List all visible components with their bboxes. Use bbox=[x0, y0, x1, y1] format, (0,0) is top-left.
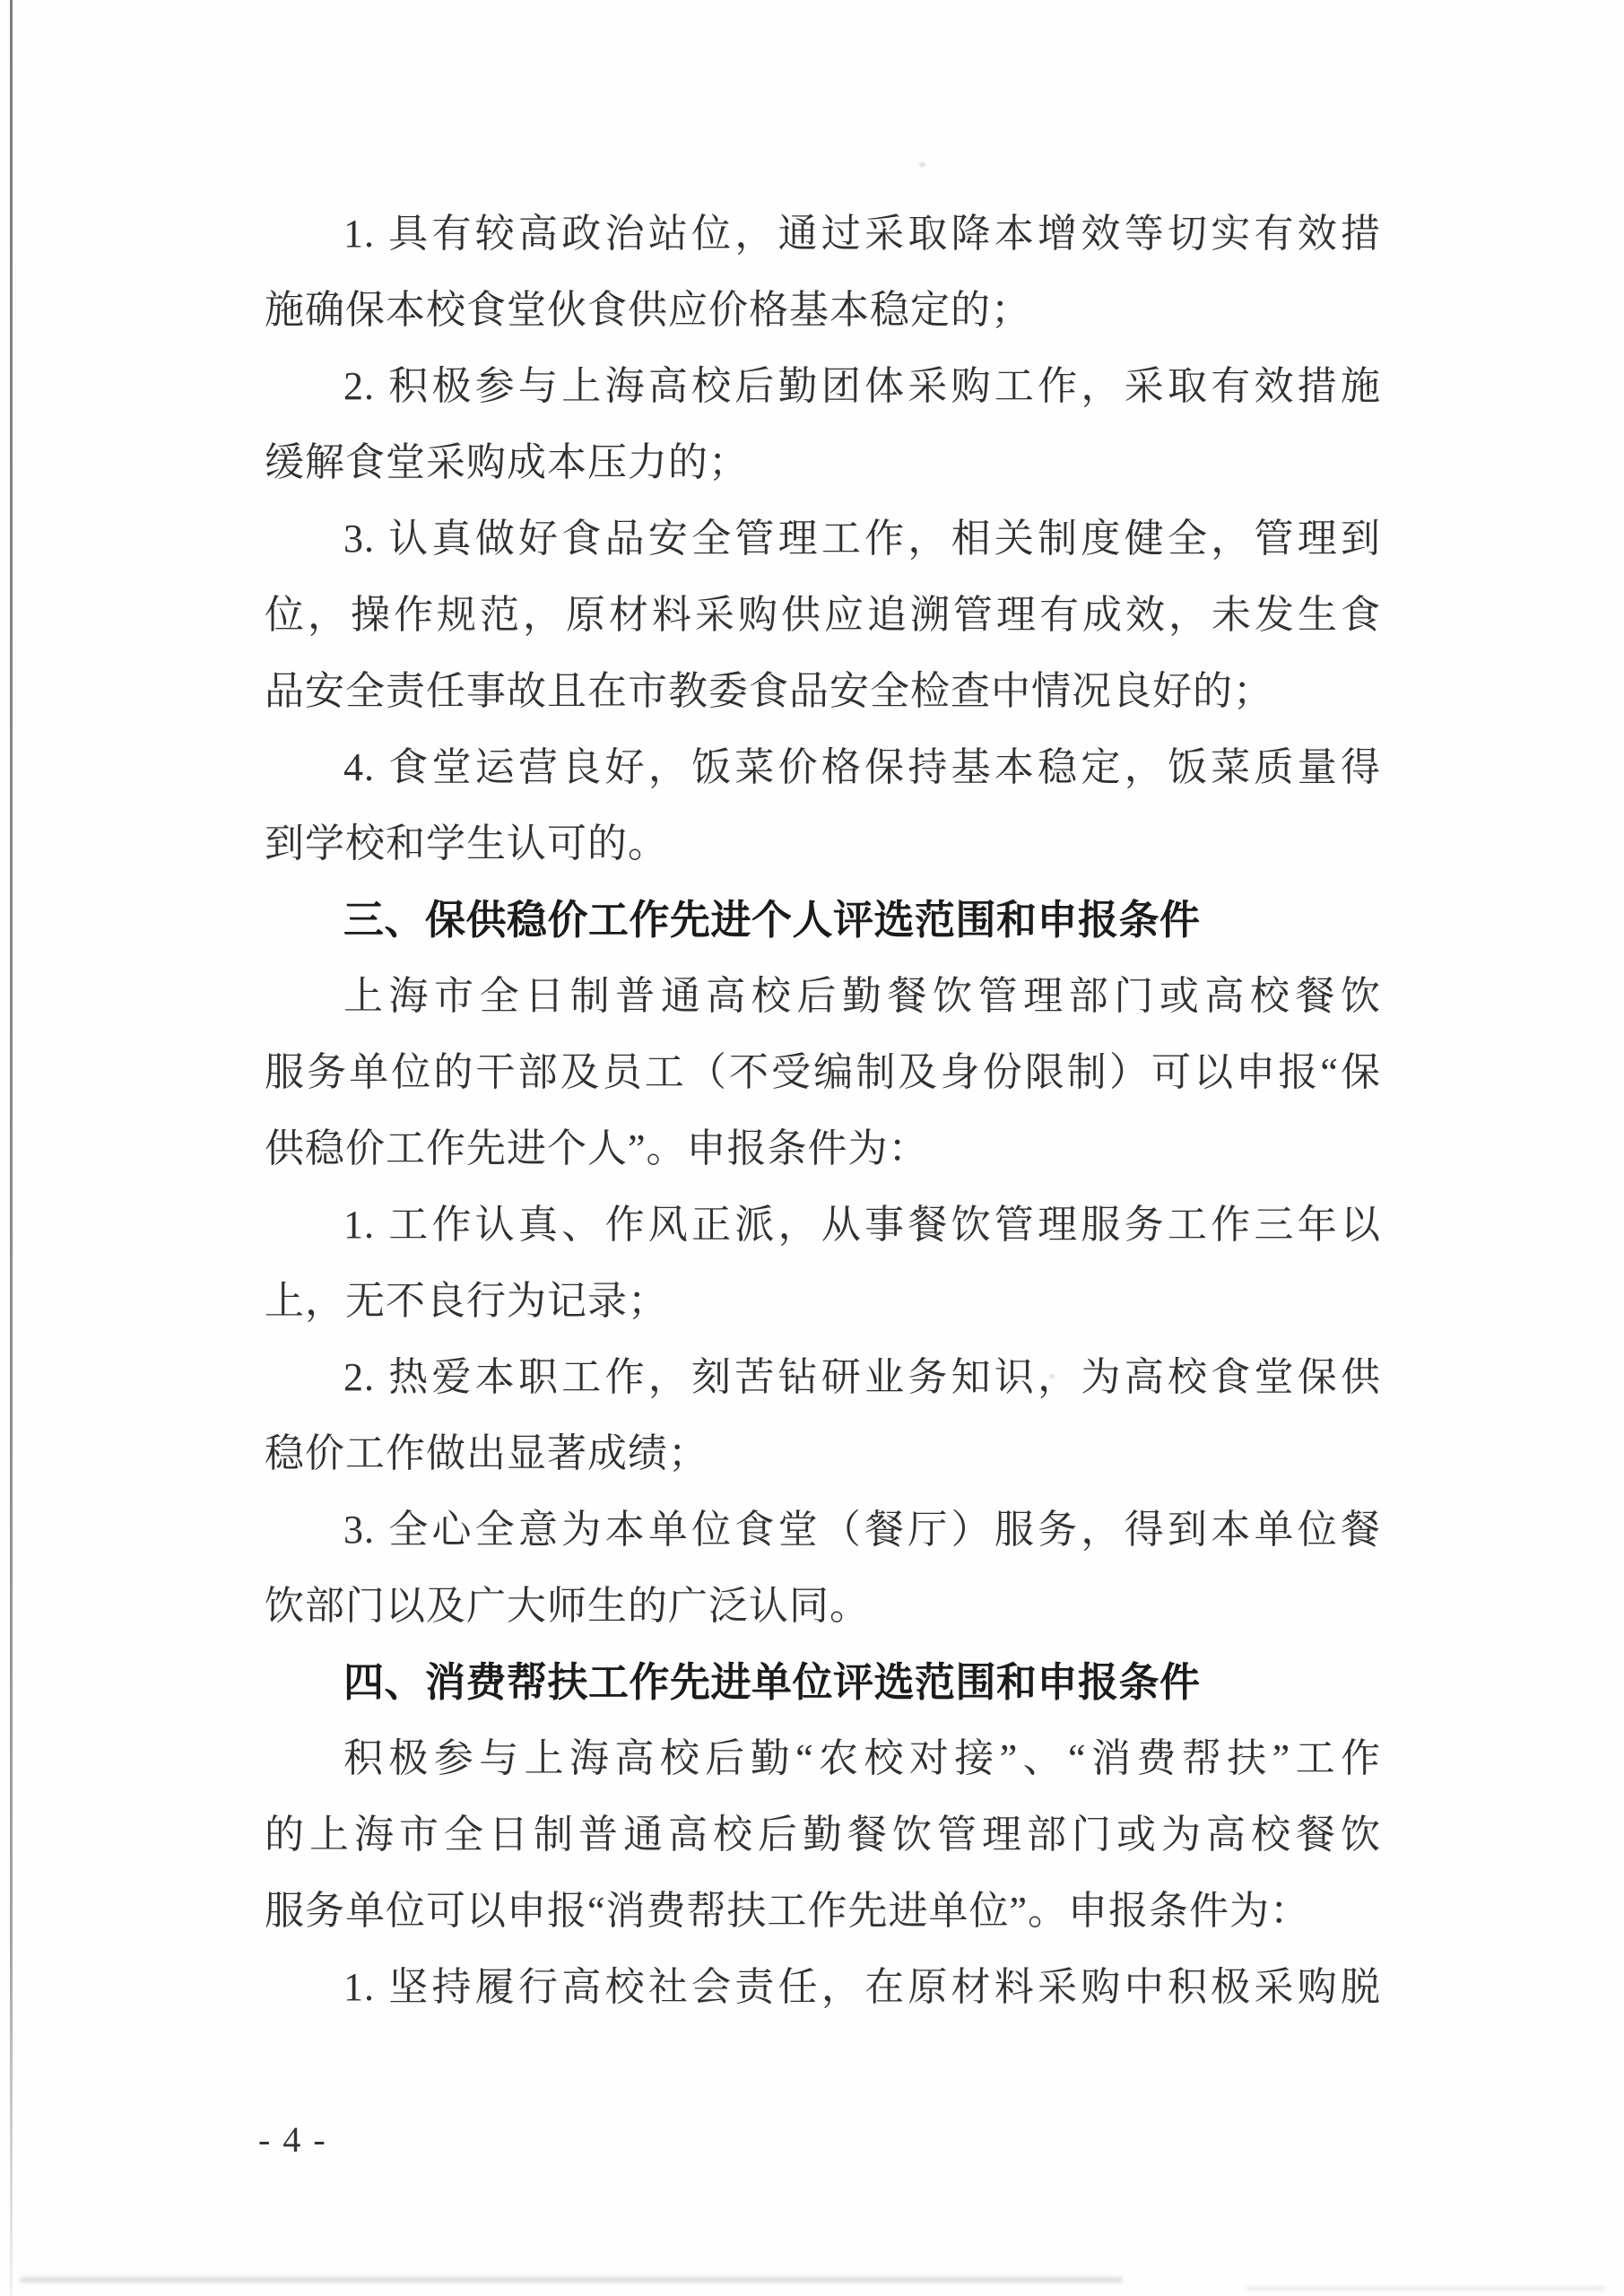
body-line: 供稳价工作先进个人”。申报条件为： bbox=[265, 1110, 1381, 1187]
body-line: 1. 具有较高政治站位，通过采取降本增效等切实有效措 bbox=[265, 196, 1381, 272]
body-line: 1. 坚持履行高校社会责任，在原材料采购中积极采购脱 bbox=[265, 1949, 1381, 2025]
body-line: 2. 热爱本职工作，刻苦钻研业务知识，为高校食堂保供 bbox=[265, 1339, 1381, 1415]
body-line: 品安全责任事故且在市教委食品安全检查中情况良好的； bbox=[265, 653, 1381, 729]
page-number: - 4 - bbox=[258, 2118, 327, 2161]
body-line: 施确保本校食堂伙食供应价格基本稳定的； bbox=[265, 272, 1381, 348]
body-line: 积极参与上海高校后勤“农校对接”、“消费帮扶”工作 bbox=[265, 1720, 1381, 1796]
scan-bottom-streak-right bbox=[1246, 2286, 1605, 2291]
scan-speck bbox=[1049, 1374, 1055, 1378]
document-lines: 1. 具有较高政治站位，通过采取降本增效等切实有效措施确保本校食堂伙食供应价格基… bbox=[265, 196, 1381, 2025]
body-line: 稳价工作做出显著成绩； bbox=[265, 1415, 1381, 1492]
body-line: 的上海市全日制普通高校后勤餐饮管理部门或为高校餐饮 bbox=[265, 1796, 1381, 1873]
body-line: 1. 工作认真、作风正派，从事餐饮管理服务工作三年以 bbox=[265, 1187, 1381, 1263]
body-line: 上，无不良行为记录； bbox=[265, 1263, 1381, 1339]
body-line: 2. 积极参与上海高校后勤团体采购工作，采取有效措施 bbox=[265, 348, 1381, 424]
body-line: 服务单位的干部及员工（不受编制及身份限制）可以申报“保 bbox=[265, 1034, 1381, 1110]
scan-speck bbox=[919, 162, 925, 167]
body-line: 上海市全日制普通高校后勤餐饮管理部门或高校餐饮 bbox=[265, 958, 1381, 1034]
body-line: 3. 全心全意为本单位食堂（餐厅）服务，得到本单位餐 bbox=[265, 1492, 1381, 1568]
scanned-document-page: 1. 具有较高政治站位，通过采取降本增效等切实有效措施确保本校食堂伙食供应价格基… bbox=[0, 0, 1624, 2296]
body-line: 3. 认真做好食品安全管理工作，相关制度健全，管理到 bbox=[265, 500, 1381, 577]
body-line: 缓解食堂采购成本压力的； bbox=[265, 424, 1381, 500]
section-heading: 四、消费帮扶工作先进单位评选范围和申报条件 bbox=[265, 1644, 1381, 1720]
scan-bottom-streak-left bbox=[20, 2277, 1123, 2283]
body-line: 饮部门以及广大师生的广泛认同。 bbox=[265, 1568, 1381, 1644]
body-line: 位，操作规范，原材料采购供应追溯管理有成效，未发生食 bbox=[265, 577, 1381, 653]
body-line: 到学校和学生认可的。 bbox=[265, 805, 1381, 882]
scan-left-edge-line bbox=[10, 0, 13, 2296]
section-heading: 三、保供稳价工作先进个人评选范围和申报条件 bbox=[265, 882, 1381, 958]
body-line: 服务单位可以申报“消费帮扶工作先进单位”。申报条件为： bbox=[265, 1873, 1381, 1949]
body-line: 4. 食堂运营良好，饭菜价格保持基本稳定，饭菜质量得 bbox=[265, 729, 1381, 805]
